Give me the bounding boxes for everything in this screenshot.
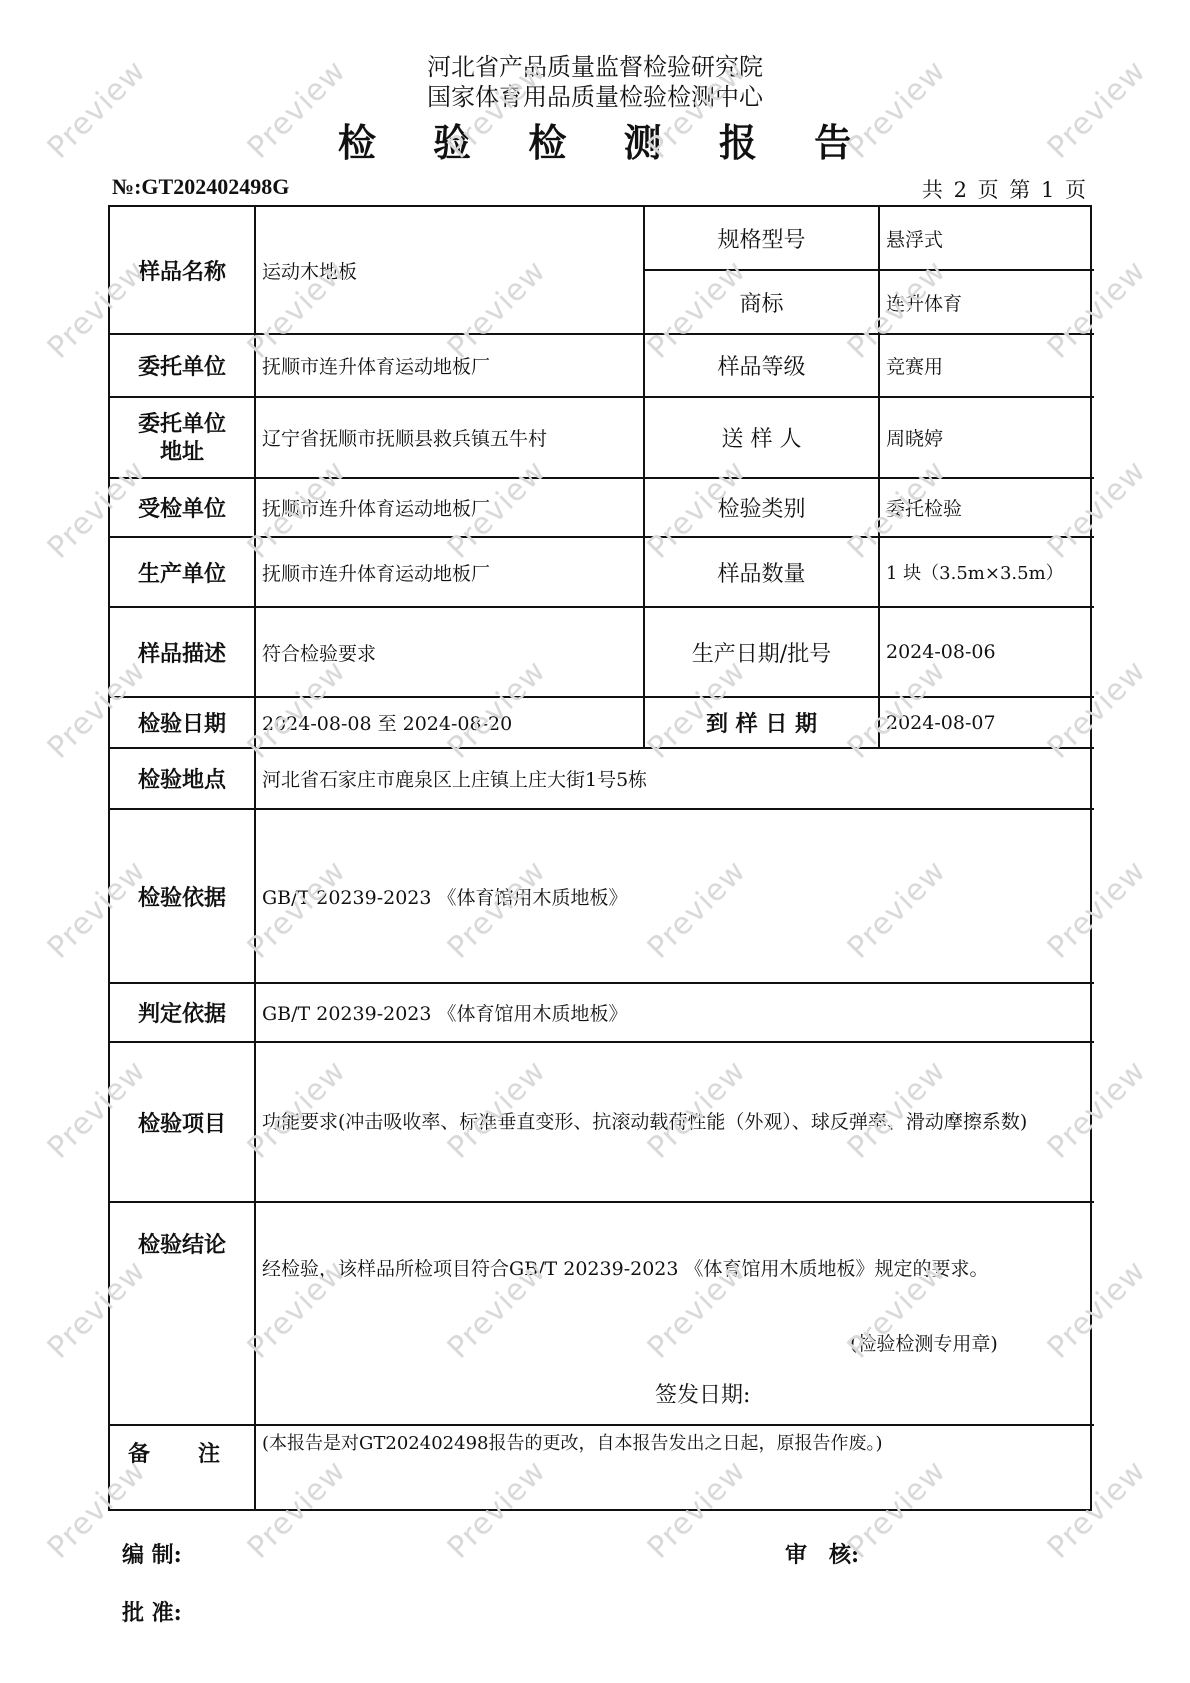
- value-conclusion: 经检验，该样品所检项目符合GB/T 20239-2023 《体育馆用木质地板》规…: [256, 1247, 1092, 1287]
- value-production-date: 2024-08-06: [880, 608, 1092, 696]
- value-inspection-date: 2024-08-08 至 2024-08-20: [256, 698, 643, 747]
- label-inspected-unit: 受检单位: [110, 479, 254, 536]
- approved-by-label: 批 准:: [122, 1596, 182, 1627]
- label-items: 检验项目: [110, 1043, 254, 1201]
- label-client-address: 委托单位 地址: [110, 398, 254, 477]
- value-client-address: 辽宁省抚顺市抚顺县救兵镇五牛村: [256, 398, 643, 477]
- report-table: 样品名称 运动木地板 规格型号 悬浮式 商标 连升体育 委托单位 抚顺市连升体育…: [108, 205, 1092, 1511]
- value-description: 符合检验要求: [256, 608, 643, 696]
- institute-name: 河北省产品质量监督检验研究院: [0, 52, 1190, 82]
- label-client: 委托单位: [110, 335, 254, 396]
- label-grade: 样品等级: [645, 335, 878, 396]
- label-production-date: 生产日期/批号: [645, 608, 878, 696]
- value-client: 抚顺市连升体育运动地板厂: [256, 335, 643, 396]
- label-quantity: 样品数量: [645, 538, 878, 606]
- report-title: 检 验 检 测 报 告: [0, 118, 1190, 168]
- label-remarks-a: 备: [128, 1426, 168, 1478]
- value-quantity: 1 块（3.5m×3.5m）: [880, 538, 1092, 606]
- label-location: 检验地点: [110, 749, 254, 808]
- center-name: 国家体育用品质量检验检测中心: [0, 82, 1190, 112]
- value-manufacturer: 抚顺市连升体育运动地板厂: [256, 538, 643, 606]
- stamp-label: (检验检测专用章): [850, 1327, 1090, 1357]
- label-brand: 商标: [645, 271, 878, 333]
- label-basis: 检验依据: [110, 810, 254, 982]
- label-sender: 送 样 人: [645, 398, 878, 477]
- value-location: 河北省石家庄市鹿泉区上庄镇上庄大街1号5栋: [256, 749, 1092, 808]
- divider: [110, 1424, 1094, 1426]
- label-model: 规格型号: [645, 207, 878, 269]
- label-inspection-date: 检验日期: [110, 698, 254, 747]
- label-description: 样品描述: [110, 608, 254, 696]
- value-brand: 连升体育: [880, 271, 1092, 333]
- report-number: №:GT202402498G: [112, 174, 289, 200]
- value-basis: GB/T 20239-2023 《体育馆用木质地板》: [256, 810, 1092, 982]
- divider: [110, 1201, 1094, 1203]
- label-remarks-b: 注: [198, 1426, 238, 1478]
- value-judgement-basis: GB/T 20239-2023 《体育馆用木质地板》: [256, 984, 1092, 1041]
- value-sample-name: 运动木地板: [256, 207, 643, 333]
- value-remarks: (本报告是对GT202402498报告的更改，自本报告发出之日起，原报告作废。): [256, 1429, 1092, 1459]
- value-arrival-date: 2024-08-07: [880, 698, 1092, 747]
- value-sender: 周晓婷: [880, 398, 1092, 477]
- label-inspection-type: 检验类别: [645, 479, 878, 536]
- reviewed-by-label: 审 核:: [785, 1538, 859, 1569]
- label-conclusion: 检验结论: [110, 1203, 254, 1283]
- label-arrival-date: 到 样 日 期: [645, 698, 878, 747]
- label-sample-name: 样品名称: [110, 207, 254, 333]
- compiled-by-label: 编 制:: [122, 1538, 182, 1569]
- page-indicator: 共 2 页 第 1 页: [922, 174, 1088, 204]
- issue-date-label: 签发日期:: [655, 1375, 855, 1411]
- value-grade: 竞赛用: [880, 335, 1092, 396]
- value-inspected-unit: 抚顺市连升体育运动地板厂: [256, 479, 643, 536]
- value-items: 功能要求(冲击吸收率、标准垂直变形、抗滚动载荷性能（外观）、球反弹率、滑动摩擦系…: [256, 1043, 1086, 1201]
- label-manufacturer: 生产单位: [110, 538, 254, 606]
- value-inspection-type: 委托检验: [880, 479, 1092, 536]
- label-judgement-basis: 判定依据: [110, 984, 254, 1041]
- value-model: 悬浮式: [880, 207, 1092, 269]
